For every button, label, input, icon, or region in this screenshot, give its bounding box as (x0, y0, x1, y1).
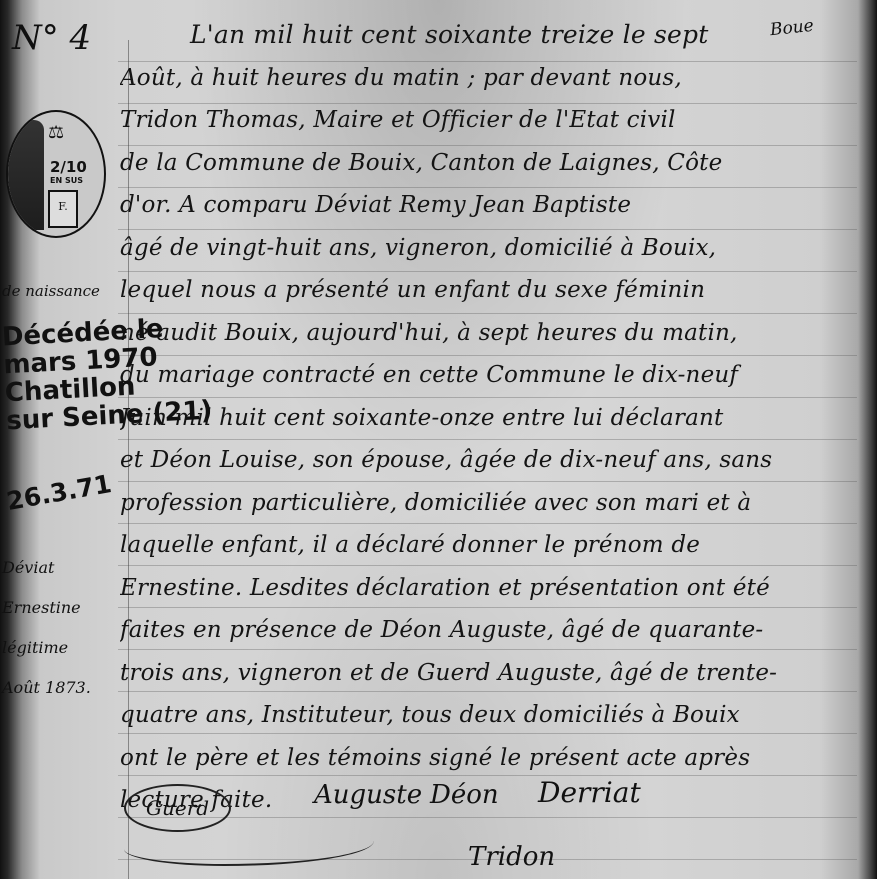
body-line: faites en présence de Déon Auguste, âgé … (120, 609, 840, 652)
body-line: âgé de vingt-huit ans, vigneron, domicil… (120, 227, 840, 270)
body-line: et Déon Louise, son épouse, âgée de dix-… (120, 439, 840, 482)
signatures-block: Guerd Auguste Déon Derriat Tridon (118, 760, 858, 879)
body-line: d'or. A comparu Déviat Remy Jean Baptist… (120, 184, 840, 227)
legitimation-line: Déviat (2, 548, 91, 588)
legitimation-line: Ernestine (2, 588, 91, 628)
body-line: Juin mil huit cent soixante-onze entre l… (120, 397, 840, 440)
body-line: lequel nous a présenté un enfant du sexe… (120, 269, 840, 312)
body-line: de la Commune de Bouix, Canton de Laigne… (120, 142, 840, 185)
signature-auguste: Auguste (314, 780, 422, 810)
margin-death-note-date: 26.3.71 (4, 469, 113, 516)
body-line: L'an mil huit cent soixante treize le se… (120, 14, 840, 57)
body-line: quatre ans, Instituteur, tous deux domic… (120, 694, 840, 737)
stamp-box: F. (48, 190, 78, 228)
legitimation-line: Août 1873. (2, 668, 91, 708)
signature-tridon: Tridon (468, 842, 555, 872)
justice-figure-icon (8, 120, 44, 230)
scales-icon: ⚖ (48, 122, 64, 143)
stamp-value: 2/10 (50, 160, 87, 175)
margin-legitimation-note: Déviat Ernestine légitime Août 1873. (2, 548, 91, 708)
signature-flourish (124, 824, 374, 866)
body-line: laquelle enfant, il a déclaré donner le … (120, 524, 840, 567)
body-line: trois ans, vigneron et de Guerd Auguste,… (120, 652, 840, 695)
act-number: N° 4 (12, 18, 91, 58)
body-line: Ernestine. Lesdites déclaration et prése… (120, 567, 840, 610)
legitimation-line: légitime (2, 628, 91, 668)
stamp-unit: EN SUS (50, 176, 83, 185)
margin-naissance-label: de naissance (2, 282, 100, 300)
body-line: du mariage contracté en cette Commune le… (120, 354, 840, 397)
body-line: Tridon Thomas, Maire et Officier de l'Et… (120, 99, 840, 142)
body-line: profession particulière, domiciliée avec… (120, 482, 840, 525)
margin-death-note: Décédée le mars 1970 Chatillon sur Seine… (1, 313, 213, 436)
body-line: né audit Bouix, aujourd'hui, à sept heur… (120, 312, 840, 355)
fiscal-stamp: ⚖ 2/10 EN SUS F. (6, 110, 106, 238)
body-line: Août, à huit heures du matin ; par devan… (120, 57, 840, 100)
signature-deon: Déon (430, 780, 499, 810)
scanned-document-page: N° 4 ⚖ 2/10 EN SUS F. Boue L'an mil huit… (0, 0, 877, 879)
act-body: L'an mil huit cent soixante treize le se… (120, 14, 840, 822)
signature-derriat: Derriat (538, 776, 641, 809)
